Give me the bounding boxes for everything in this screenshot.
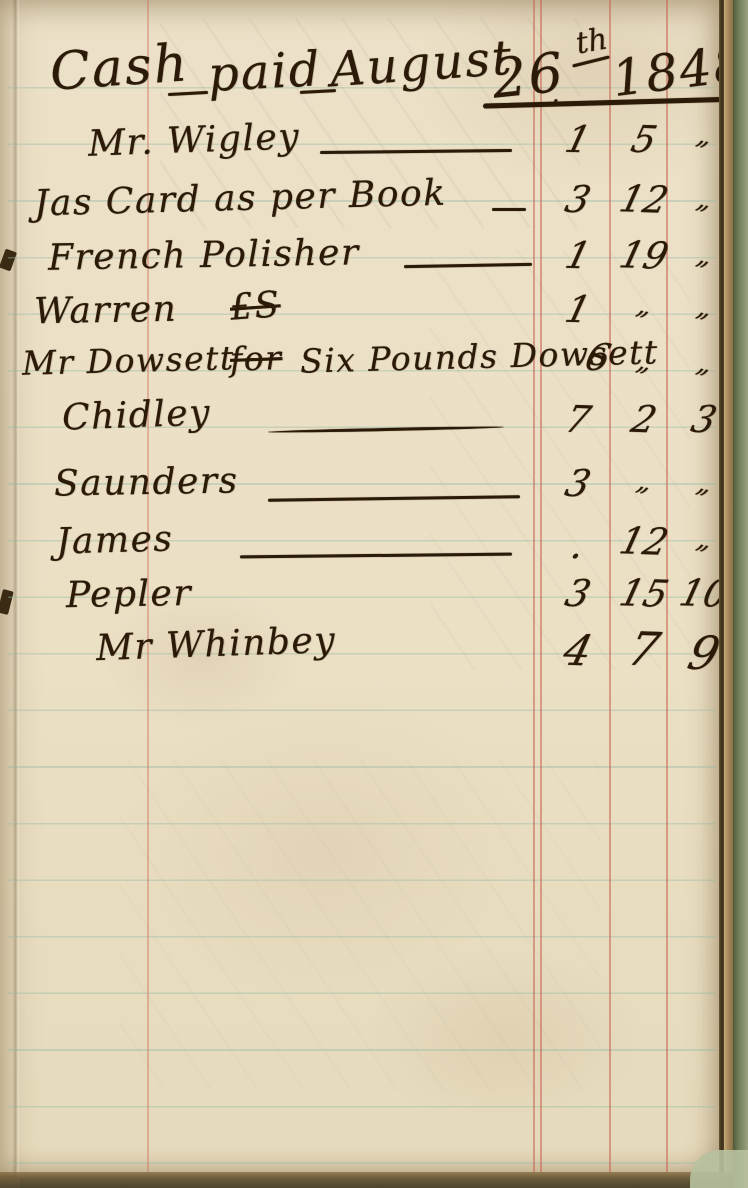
payee-name: Saunders <box>54 460 239 504</box>
payee-name: James <box>55 518 173 562</box>
book-cover-edge <box>733 0 748 1188</box>
page-stack-edge <box>724 0 733 1185</box>
red-money-rule-double-right <box>540 0 542 1172</box>
struck-out-text: for <box>229 338 283 379</box>
red-money-rule-double-left <box>533 0 535 1172</box>
binding-crease <box>12 0 20 1178</box>
amount-shillings: 5 <box>613 117 675 162</box>
payee-name: Mr. Wigley <box>87 116 300 164</box>
amount-shillings: 19 <box>613 233 675 278</box>
payee-name: French Polisher <box>48 232 360 278</box>
amount-shillings: 12 <box>613 177 675 222</box>
payee-name: Mr Whinbey <box>95 620 336 669</box>
amount-shillings: 15 <box>613 571 675 616</box>
red-shillings-rule <box>609 0 611 1172</box>
bottom-page-edge <box>0 1172 733 1188</box>
payee-name: Pepler <box>66 573 193 616</box>
amount-shillings: 12 <box>613 519 675 564</box>
payee-name: Chidley <box>61 392 211 438</box>
ledger-page-scan: Cash paid August 26 . th 1848 - Mr. Wigl… <box>0 0 748 1188</box>
payee-name: Mr Dowsett <box>22 338 236 383</box>
ink-dash-line <box>492 208 526 211</box>
payee-name: Warren <box>34 289 178 332</box>
amount-shillings: 2 <box>613 397 675 442</box>
struck-out-text: £S <box>229 284 282 328</box>
